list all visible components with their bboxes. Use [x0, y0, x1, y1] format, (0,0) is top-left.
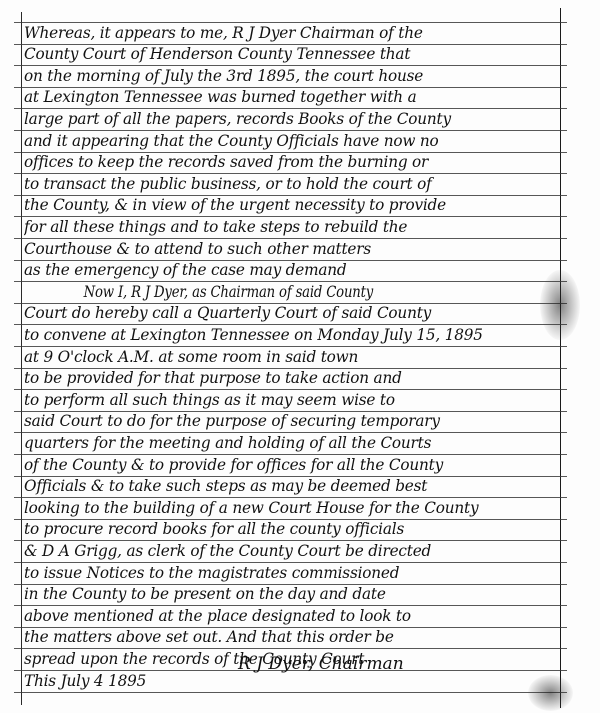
text-line: to perform all such things as it may see…: [24, 390, 556, 411]
text-line: Officials & to take such steps as may be…: [24, 476, 556, 497]
text-line: Whereas, it appears to me, R J Dyer Chai…: [24, 23, 556, 44]
text-line: on the morning of July the 3rd 1895, the…: [24, 66, 556, 87]
text-line: quarters for the meeting and holding of …: [24, 433, 556, 454]
text-line: at 9 O'clock A.M. at some room in said t…: [24, 347, 556, 368]
text-line: & D A Grigg, as clerk of the County Cour…: [24, 541, 556, 562]
text-line: to be provided for that purpose to take …: [24, 368, 556, 389]
text-line: the matters above set out. And that this…: [24, 627, 556, 648]
text-line: of the County & to provide for offices f…: [24, 455, 556, 476]
text-line: large part of all the papers, records Bo…: [24, 109, 556, 130]
text-line: at Lexington Tennessee was burned togeth…: [24, 87, 556, 108]
text-line: as the emergency of the case may demand: [24, 260, 556, 281]
text-line: County Court of Henderson County Tenness…: [24, 44, 556, 65]
text-line: looking to the building of a new Court H…: [24, 498, 556, 519]
text-line: and it appearing that the County Officia…: [24, 131, 556, 152]
text-line: the County, & in view of the urgent nece…: [24, 195, 556, 216]
signature: R J Dyer, Chairman: [238, 654, 404, 674]
text-line: to procure record books for all the coun…: [24, 519, 556, 540]
text-line: to convene at Lexington Tennessee on Mon…: [24, 325, 556, 346]
text-line: for all these things and to take steps t…: [24, 217, 556, 238]
ink-stain-bottom-right: [528, 675, 573, 711]
text-line: Courthouse & to attend to such other mat…: [24, 239, 556, 260]
text-line: said Court to do for the purpose of secu…: [24, 411, 556, 432]
text-line: to transact the public business, or to h…: [24, 174, 556, 195]
text-line: to issue Notices to the magistrates comm…: [24, 563, 556, 584]
text-line: in the County to be present on the day a…: [24, 584, 556, 605]
handwritten-text-body: Whereas, it appears to me, R J Dyer Chai…: [0, 0, 600, 713]
text-line: offices to keep the records saved from t…: [24, 152, 556, 173]
text-line: Now I, R J Dyer, as Chairman of said Cou…: [24, 282, 484, 303]
document-page: Whereas, it appears to me, R J Dyer Chai…: [0, 0, 600, 713]
text-line: Court do hereby call a Quarterly Court o…: [24, 303, 556, 324]
text-line: This July 4 1895: [24, 671, 556, 692]
ink-stain-top-right: [540, 270, 580, 340]
text-line: above mentioned at the place designated …: [24, 606, 556, 627]
